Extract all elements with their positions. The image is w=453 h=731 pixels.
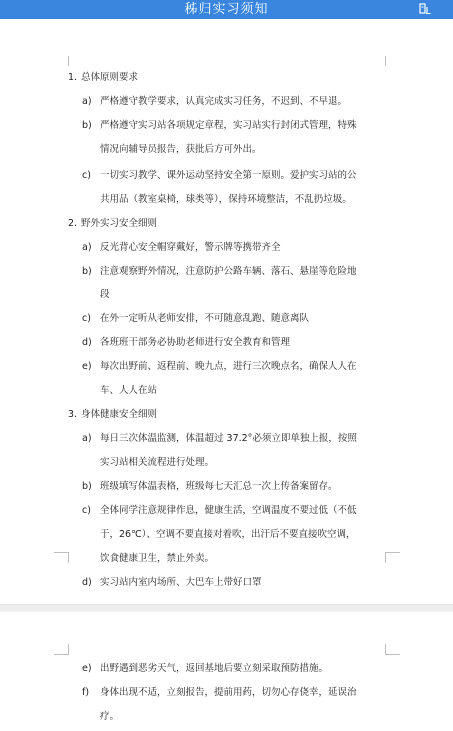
document-title: 秭归实习须知 [0, 0, 453, 19]
item-text: 各班班干部务必协助老师进行安全教育和管理 [100, 336, 290, 350]
section-title: 野外实习安全细则 [81, 217, 157, 231]
item-text: 在外一定听从老师安排，不可随意乱跑、随意离队 [100, 312, 309, 326]
document-page-1[interactable]: 1. 总体原则要求 a) 严格遵守教学要求，认真完成实习任务，不迟到、不早退。 … [0, 19, 453, 604]
item-label: b) [82, 119, 92, 133]
item-text: 饮食健康卫生，禁止外卖。 [100, 552, 214, 566]
item-text: 严格遵守实习站各项规定章程，实习站实行封闭式管理，特殊 [100, 119, 357, 133]
item-text: 段 [100, 288, 110, 302]
item-text: 实习站相关流程进行处理。 [100, 456, 214, 470]
item-text: 疗。 [100, 710, 119, 724]
document-page-2[interactable]: e) 出野遇到恶劣天气，返回基地后要立刻采取预防措施。 f) 身体出现不适，立刻… [0, 612, 453, 731]
item-text: 严格遵守教学要求，认真完成实习任务，不迟到、不早退。 [100, 95, 347, 109]
item-text: 出野遇到恶劣天气，返回基地后要立刻采取预防措施。 [100, 662, 328, 676]
item-text: 注意观察野外情况，注意防护公路车辆、落石、悬崖等危险地 [100, 265, 357, 279]
item-text: 身体出现不适，立刻报告，提前用药，切勿心存侥幸，延误治 [100, 686, 357, 700]
item-text: 班级填写体温表格，班级每七天汇总一次上传备案留存。 [100, 480, 338, 494]
item-label: a) [82, 95, 92, 109]
item-label: d) [82, 336, 92, 350]
margin-mark-top-right [385, 644, 400, 655]
margin-mark-bottom-left [54, 552, 69, 563]
section-number: 2. [68, 217, 77, 231]
item-label: e) [82, 360, 92, 374]
item-label: b) [82, 265, 92, 279]
item-text: 情况向辅导员报告，获批后方可外出。 [100, 143, 262, 157]
item-text: 共用品（教室桌椅，球类等），保持环境整洁，不乱扔垃圾。 [100, 193, 352, 207]
margin-mark-bottom-right [385, 552, 400, 563]
section-number: 1. [68, 71, 77, 85]
item-text: 于，26℃）、空调不要直接对着吹，出汗后不要直接吹空调， [100, 528, 356, 542]
item-text: 每次出野前、返程前、晚九点，进行三次晚点名，确保人人在 [100, 360, 357, 374]
margin-mark-top-left [54, 644, 69, 655]
page-separator [0, 604, 453, 612]
item-label: a) [82, 241, 92, 255]
item-label: e) [82, 662, 92, 676]
section-number: 3. [68, 408, 77, 422]
item-text: 一切实习教学、课外运动坚持安全第一原则。爱护实习站的公 [100, 169, 357, 183]
item-label: c) [82, 169, 91, 183]
reader-mode-icon[interactable] [419, 3, 431, 15]
item-label: a) [82, 432, 92, 446]
title-bar: 秭归实习须知 [0, 0, 453, 19]
section-title: 总体原则要求 [81, 71, 138, 85]
item-label: b) [82, 480, 92, 494]
margin-mark-top-left [54, 56, 69, 66]
item-text: 全体同学注意规律作息，健康生活，空调温度不要过低（不低 [100, 504, 357, 518]
item-text: 实习站内室内场所、大巴车上带好口罩 [100, 576, 262, 590]
item-text: 车、人人在站 [100, 384, 157, 398]
item-label: c) [82, 312, 91, 326]
item-label: c) [82, 504, 91, 518]
item-text: 反光背心安全帽穿戴好，警示牌等携带齐全 [100, 241, 281, 255]
margin-mark-top-right [385, 56, 400, 66]
item-text: 每日三次体温监测，体温超过 37.2°必须立即单独上报，按照 [100, 432, 357, 446]
item-label: f) [82, 686, 89, 700]
item-label: d) [82, 576, 92, 590]
section-title: 身体健康安全细则 [81, 408, 157, 422]
